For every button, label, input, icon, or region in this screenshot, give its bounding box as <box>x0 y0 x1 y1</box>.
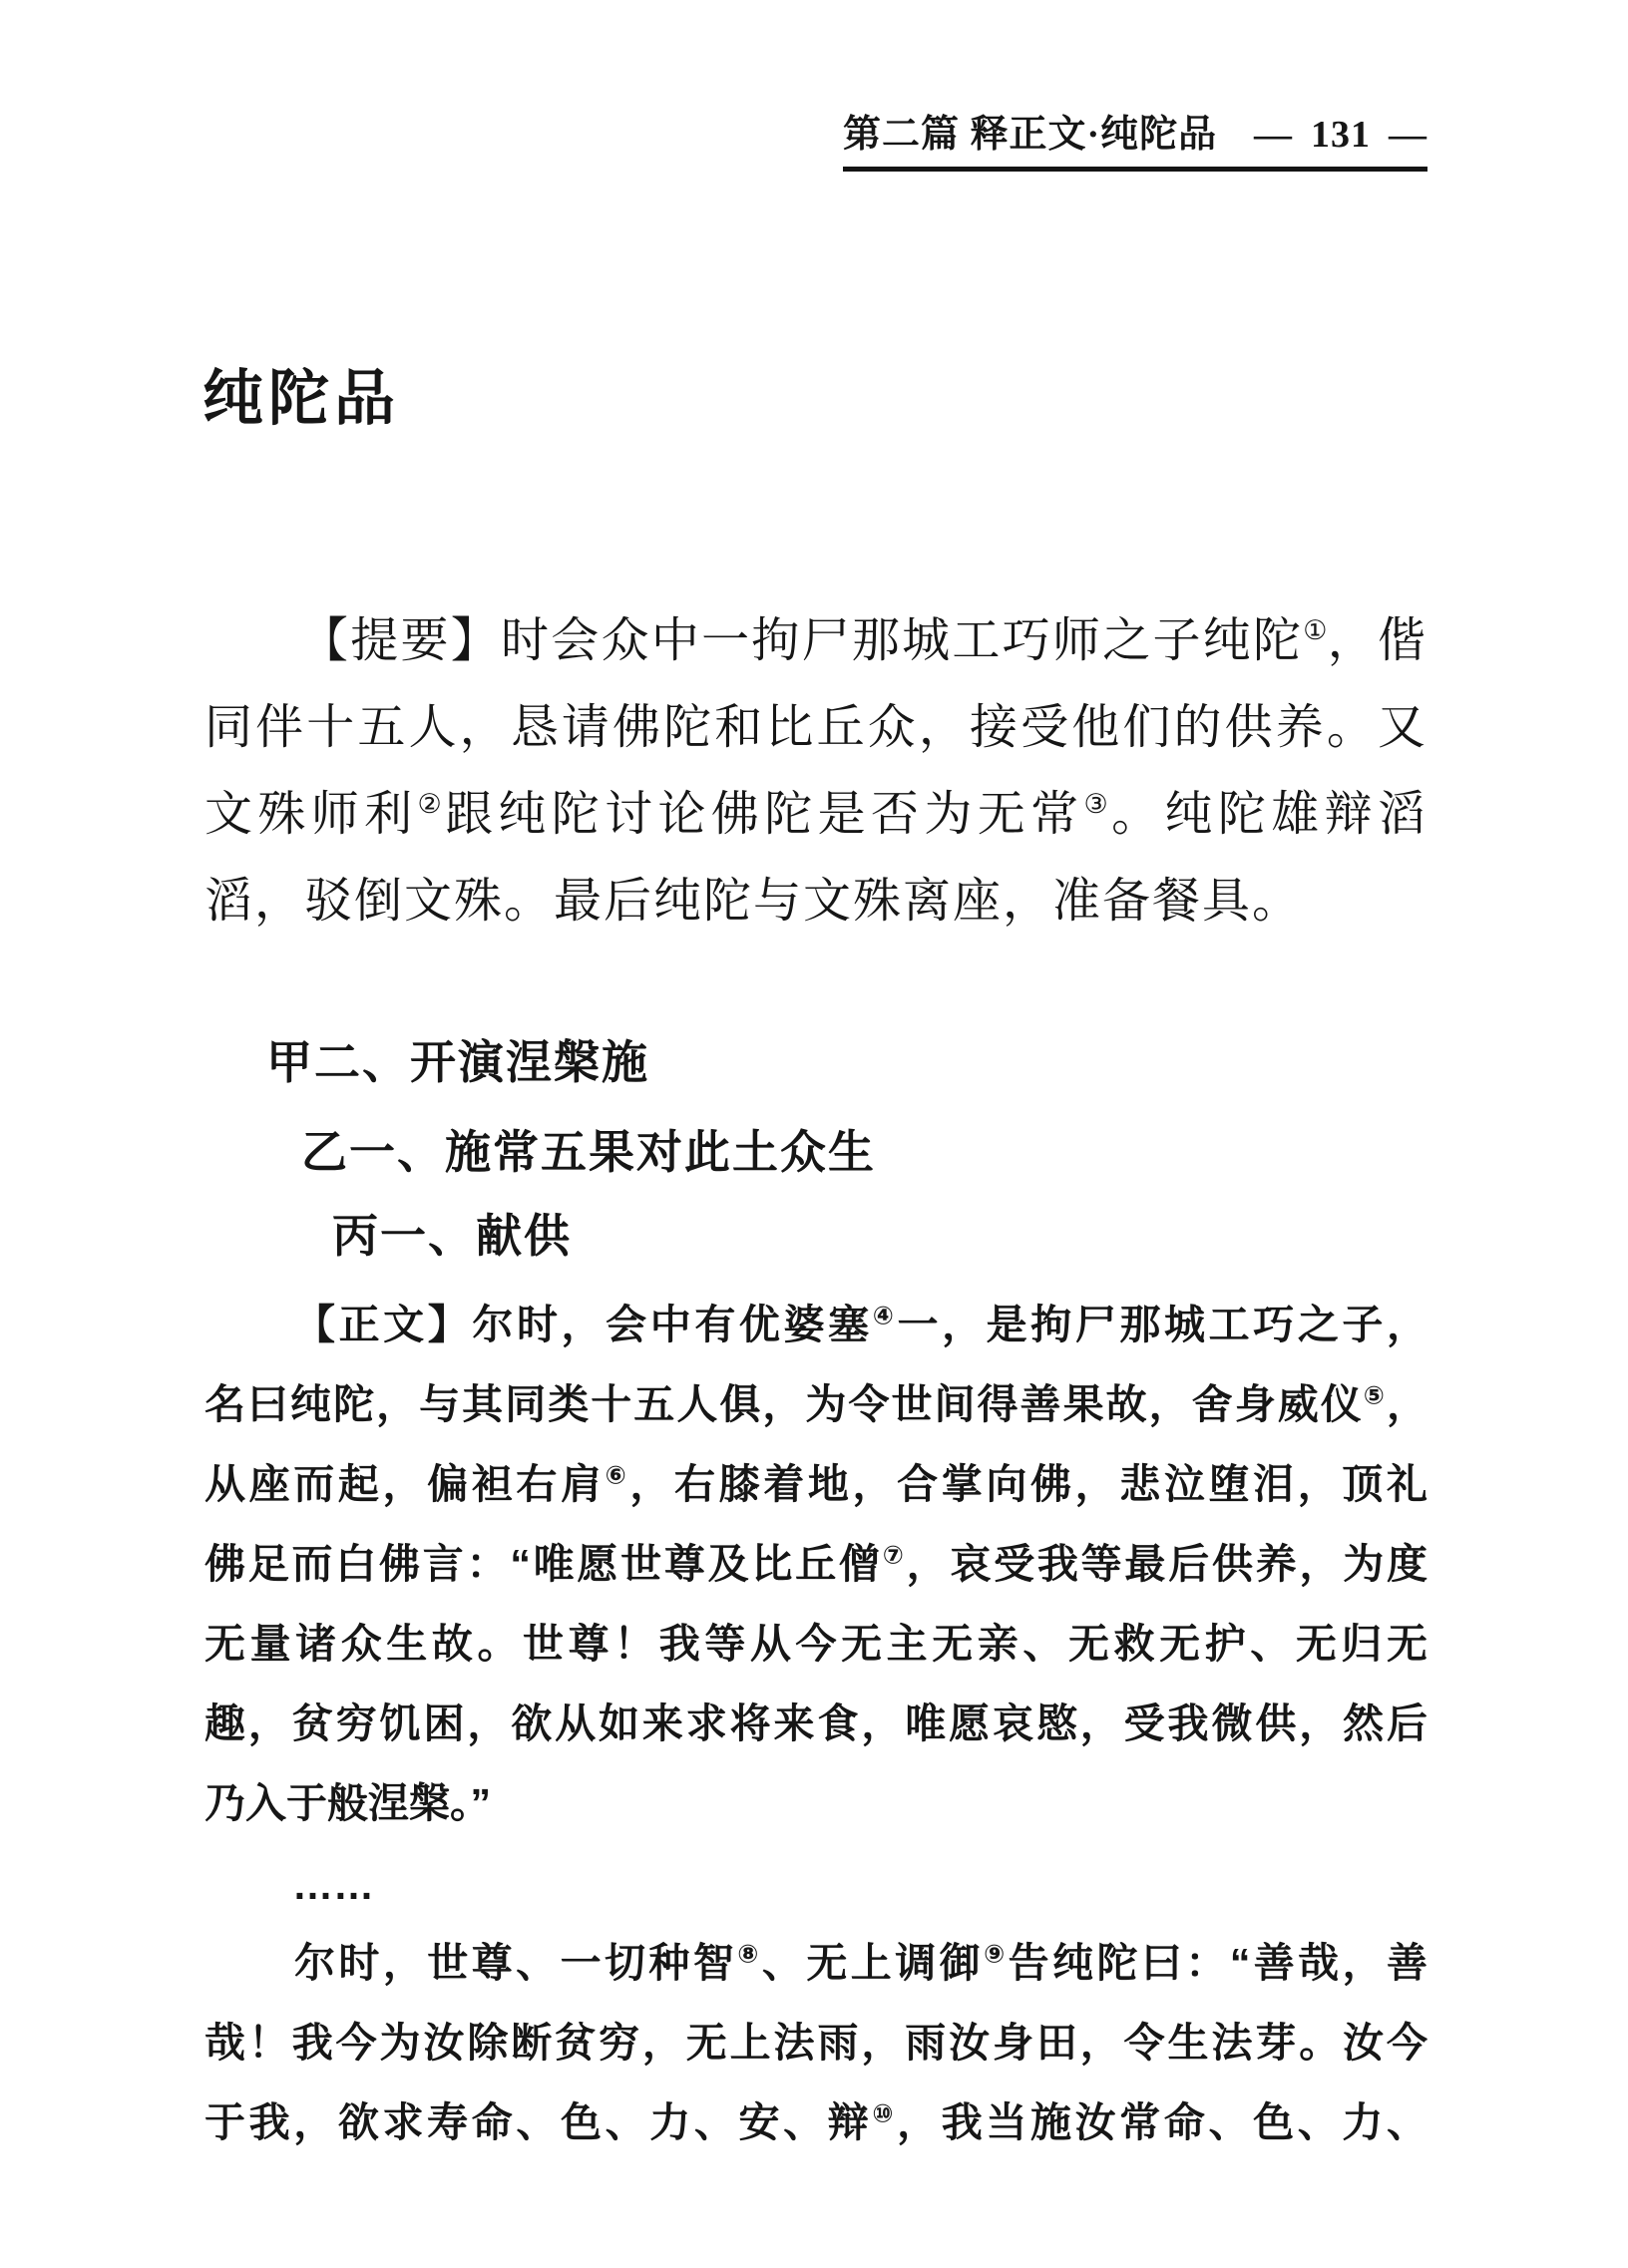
book-page: 第二篇 释正文·纯陀品 — 131 — 纯陀品 【提要】时会众中一拘尸那城工巧师… <box>0 0 1628 2268</box>
header-dash-right: — <box>1389 112 1427 158</box>
scripture-line: 无量诸众生故。世尊！我等从今无主无亲、无救无护、无归无 <box>204 1604 1427 1684</box>
scripture-line: 趣，贫穷饥困，欲从如来求将来食，唯愿哀愍，受我微供，然后 <box>204 1684 1427 1763</box>
page-header: 第二篇 释正文·纯陀品 — 131 — <box>843 112 1427 172</box>
header-page-number-group: — 131 — <box>1254 112 1427 158</box>
summary-line: 【提要】时会众中一拘尸那城工巧师之子纯陀①，偕 <box>204 597 1427 684</box>
outline-heading-level-2: 乙一、施常五果对此土众生 <box>301 1127 876 1179</box>
outline-heading-level-1: 甲二、开演涅槃施 <box>266 1037 649 1089</box>
scripture-line: 【正文】尔时，会中有优婆塞④一，是拘尸那城工巧之子， <box>204 1285 1427 1364</box>
header-page-number: 131 <box>1311 112 1371 158</box>
chapter-title: 纯陀品 <box>203 367 400 433</box>
scripture-line: 名曰纯陀，与其同类十五人俱，为令世间得善果故，舍身威仪⑤， <box>204 1364 1427 1444</box>
scripture-paragraph: 【正文】尔时，会中有优婆塞④一，是拘尸那城工巧之子， 名曰纯陀，与其同类十五人俱… <box>204 1285 1427 1843</box>
scripture-line: 佛足而白佛言：“唯愿世尊及比丘僧⑦，哀受我等最后供养，为度 <box>204 1524 1427 1604</box>
reply-line: 哉！我今为汝除断贫穷，无上法雨，雨汝身田，令生法芽。汝今 <box>204 2003 1427 2082</box>
ellipsis-line: …… <box>204 1845 1427 1925</box>
summary-line: 滔，驳倒文殊。最后纯陀与文殊离座，准备餐具。 <box>204 858 1427 945</box>
summary-line: 同伴十五人，恳请佛陀和比丘众，接受他们的供养。又 <box>204 684 1427 771</box>
summary-paragraph: 【提要】时会众中一拘尸那城工巧师之子纯陀①，偕 同伴十五人，恳请佛陀和比丘众，接… <box>204 597 1427 945</box>
reply-paragraph: 尔时，世尊、一切种智⑧、无上调御⑨告纯陀曰：“善哉，善 哉！我今为汝除断贫穷，无… <box>204 1923 1427 2162</box>
header-section-title: 第二篇 释正文·纯陀品 <box>843 112 1217 158</box>
reply-line: 于我，欲求寿命、色、力、安、辩⑩，我当施汝常命、色、力、 <box>204 2082 1427 2162</box>
reply-line: 尔时，世尊、一切种智⑧、无上调御⑨告纯陀曰：“善哉，善 <box>204 1923 1427 2003</box>
scripture-line: 乃入于般涅槃。” <box>204 1763 1427 1843</box>
header-dash-left: — <box>1254 112 1293 158</box>
scripture-line: 从座而起，偏袒右肩⑥，右膝着地，合掌向佛，悲泣堕泪，顶礼 <box>204 1444 1427 1524</box>
outline-heading-level-3: 丙一、献供 <box>332 1211 572 1263</box>
summary-line: 文殊师利②跟纯陀讨论佛陀是否为无常③。纯陀雄辩滔 <box>204 771 1427 858</box>
